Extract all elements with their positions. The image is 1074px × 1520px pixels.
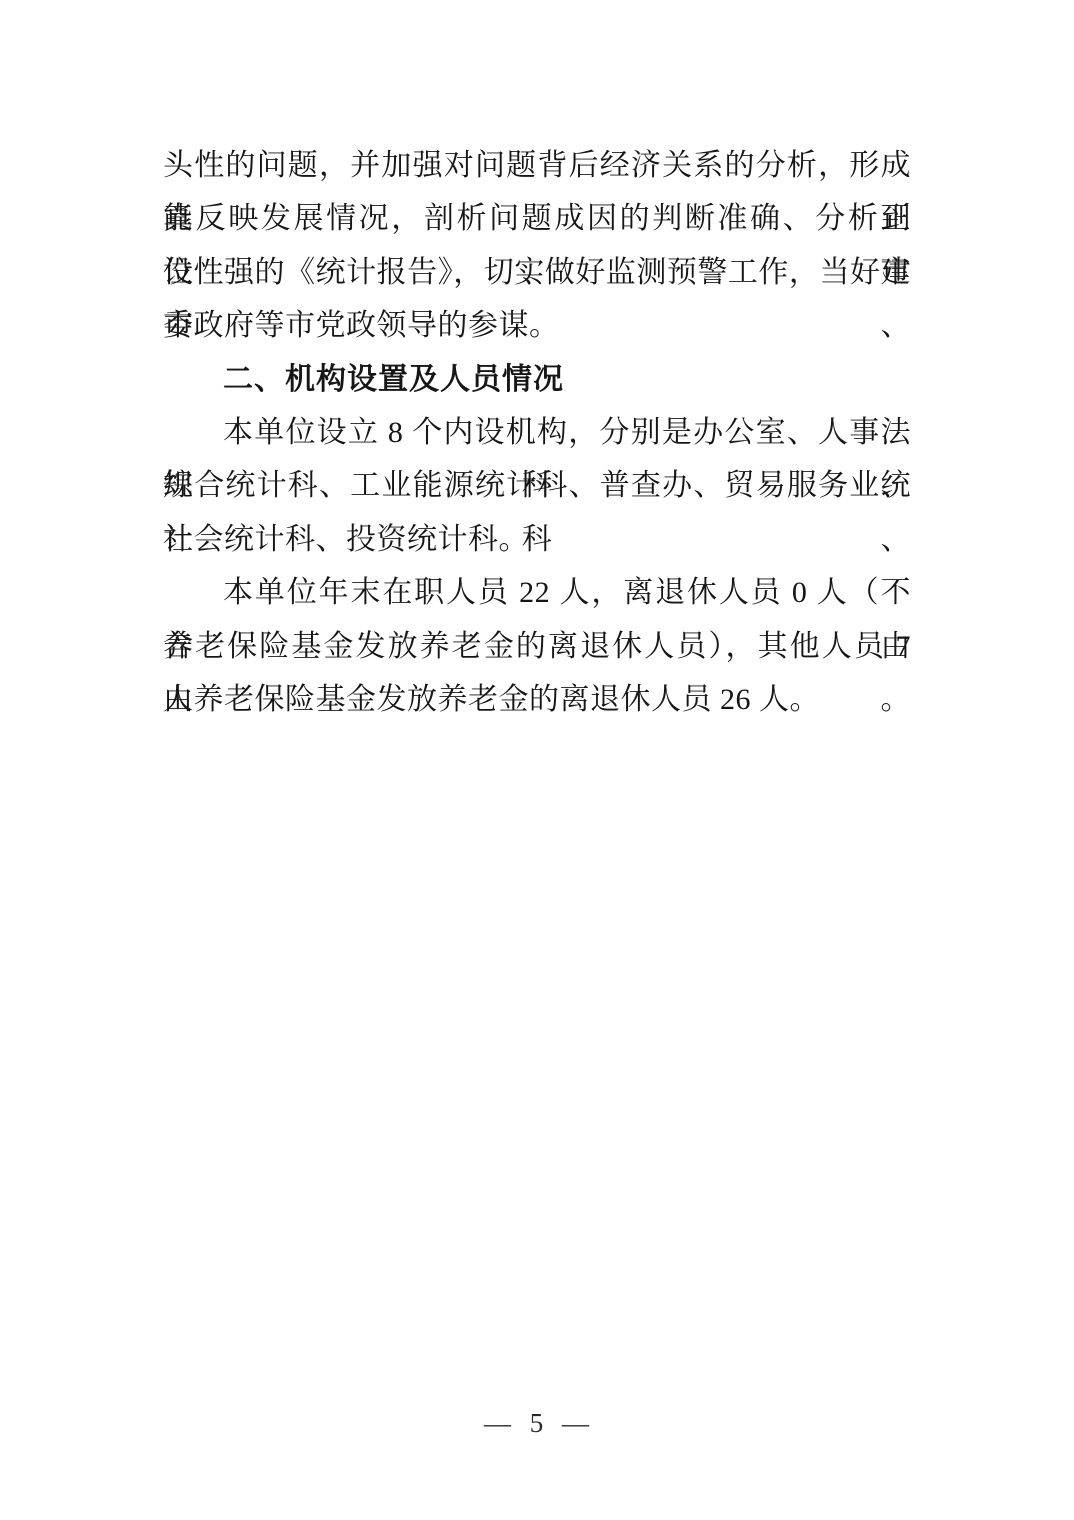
text-line: 养老保险基金发放养老金的离退休人员），其他人员 7 人。 xyxy=(163,620,911,673)
page-footer: — 5 — xyxy=(0,1403,1074,1443)
page-number: — 5 — xyxy=(484,1408,590,1438)
text-line: 能反映发展情况，剖析问题成因的判断准确、分析到位、建 xyxy=(163,192,911,245)
text-line: 头性的问题，并加强对问题背后经济关系的分析，形成真正 xyxy=(163,139,911,192)
document-page: 头性的问题，并加强对问题背后经济关系的分析，形成真正 能反映发展情况，剖析问题成… xyxy=(0,0,1074,1520)
text-line: 综合统计科、工业能源统计科、普查办、贸易服务业统计科、 xyxy=(163,459,911,512)
text-line: 由养老保险基金发放养老金的离退休人员 26 人。 xyxy=(163,673,911,726)
text-line: 设性强的《统计报告》，切实做好监测预警工作，当好市委、 xyxy=(163,246,911,299)
document-body: 头性的问题，并加强对问题背后经济关系的分析，形成真正 能反映发展情况，剖析问题成… xyxy=(163,139,911,726)
text-line: 本单位设立 8 个内设机构，分别是办公室、人事法规科、 xyxy=(163,406,911,459)
text-line: 本单位年末在职人员 22 人，离退休人员 0 人（不含由 xyxy=(163,566,911,619)
section-heading: 二、机构设置及人员情况 xyxy=(163,353,911,406)
